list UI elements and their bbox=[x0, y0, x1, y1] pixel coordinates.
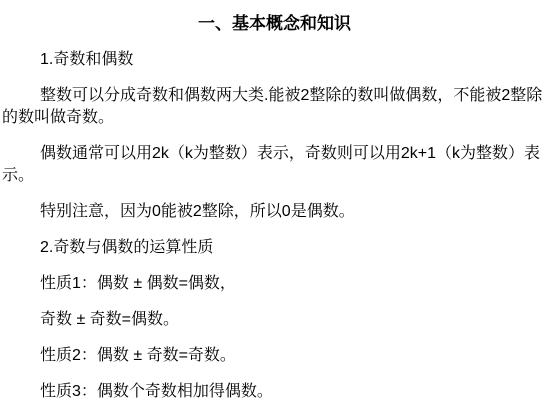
property-2: 性质2：偶数 ± 奇数=奇数。 bbox=[2, 345, 547, 367]
paragraph-definition: 整数可以分成奇数和偶数两大类.能被2整除的数叫做偶数，不能被2整除的数叫做奇数。 bbox=[2, 85, 547, 129]
paragraph-representation: 偶数通常可以用2k（k为整数）表示，奇数则可以用2k+1（k为整数）表示。 bbox=[2, 143, 547, 187]
section-2-heading: 2.奇数与偶数的运算性质 bbox=[2, 237, 547, 259]
document-page: 一、基本概念和知识 1.奇数和偶数 整数可以分成奇数和偶数两大类.能被2整除的数… bbox=[0, 0, 551, 401]
page-title: 一、基本概念和知识 bbox=[2, 13, 547, 35]
property-1: 性质1：偶数 ± 偶数=偶数， bbox=[2, 273, 547, 295]
property-3: 性质3：偶数个奇数相加得偶数。 bbox=[2, 381, 547, 401]
property-1-continued: 奇数 ± 奇数=偶数。 bbox=[2, 309, 547, 331]
paragraph-note-zero: 特别注意，因为0能被2整除，所以0是偶数。 bbox=[2, 201, 547, 223]
section-1-heading: 1.奇数和偶数 bbox=[2, 49, 547, 71]
